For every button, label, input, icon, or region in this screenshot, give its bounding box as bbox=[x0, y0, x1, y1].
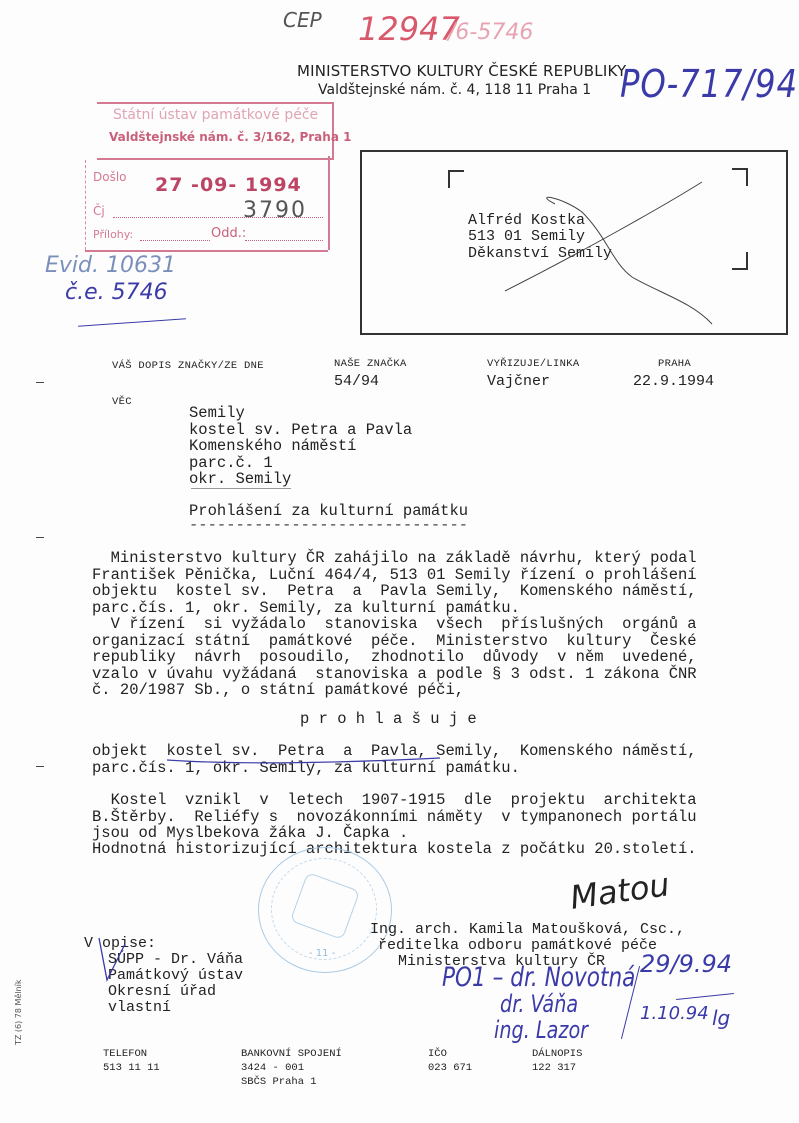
subject-title-underline: ------------------------------ bbox=[189, 516, 468, 534]
phone-value: 513 11 11 bbox=[103, 1062, 160, 1074]
ministry-address: Valdštejnské nám. č. 4, 118 11 Praha 1 bbox=[318, 82, 591, 98]
signature: Matou bbox=[568, 865, 672, 916]
stamp-received-date: 27 -09- 1994 bbox=[155, 174, 302, 196]
handwritten-registry-number: 12947 bbox=[358, 10, 460, 48]
place-label: PRAHA bbox=[658, 358, 691, 370]
body-line: V řízení si vyžádalo stanoviska všech př… bbox=[92, 615, 697, 633]
handwritten-registry-suffix: /6-5746 bbox=[448, 20, 533, 45]
stamp-number-value: 3790 bbox=[243, 198, 307, 223]
handwritten-checkmark bbox=[95, 936, 135, 986]
body-line: republiky návrh posoudilo, zhodnotilo dů… bbox=[92, 648, 697, 666]
stamp-dept-label: Odd.: bbox=[211, 226, 246, 241]
subject-line: Komenského náměstí bbox=[189, 437, 356, 455]
handwritten-mark-cep: CEP bbox=[283, 8, 322, 32]
our-ref-label: NAŠE ZNAČKA bbox=[334, 358, 407, 370]
subject-underline bbox=[191, 488, 291, 489]
handwritten-initials: lg bbox=[712, 1006, 730, 1030]
recipient-address-window: Alfréd Kostka 513 01 Semily Děkanství Se… bbox=[360, 150, 788, 335]
registry-stamp: Státní ústav památkové péče Valdštejnské… bbox=[85, 102, 330, 252]
stamp-number-label: Čj bbox=[93, 204, 105, 218]
handwritten-date-note2: 1.10.94 bbox=[640, 1003, 709, 1024]
handled-by-label: VYŘIZUJE/LINKA bbox=[487, 358, 579, 370]
signatory-position: ředitelka odboru památkové péče bbox=[378, 937, 657, 954]
stamp-institution: Státní ústav památkové péče bbox=[113, 107, 318, 123]
subject-line: okr. Semily bbox=[189, 470, 291, 488]
declaration: p r o h l a š u j e bbox=[300, 710, 477, 728]
handwritten-routing-line2: dr. Váňa bbox=[500, 990, 578, 1018]
subject-line: Semily bbox=[189, 404, 245, 422]
seal-number: - 11 - bbox=[309, 948, 335, 959]
handwritten-routing-line1: PO1 – dr. Novotná bbox=[442, 962, 635, 993]
body-line: Kostel vznikl v letech 1907-1915 dle pro… bbox=[92, 791, 697, 809]
your-letter-label: VÁŠ DOPIS ZNAČKY/ZE DNE bbox=[112, 360, 264, 372]
stamp-received-label: Došlo bbox=[93, 170, 127, 184]
margin-tick bbox=[36, 766, 44, 767]
handwritten-date-note1: 29/9.94 bbox=[640, 950, 732, 978]
letter-date: 22.9.1994 bbox=[633, 373, 714, 390]
handwritten-underline-church bbox=[165, 752, 445, 766]
official-seal: - 11 - bbox=[258, 847, 392, 973]
ministry-name: MINISTERSTVO KULTURY ČESKÉ REPUBLIKY bbox=[297, 62, 626, 80]
subject-label: VĚC bbox=[112, 396, 132, 408]
cross-out-mark bbox=[362, 152, 790, 337]
print-code: TZ (6) 78 Mělník bbox=[14, 980, 23, 1045]
ico-value: 023 671 bbox=[428, 1062, 472, 1074]
bank-value-account: 3424 - 001 bbox=[241, 1062, 304, 1074]
signatory-name: Ing. arch. Kamila Matoušková, Csc., bbox=[370, 921, 685, 938]
copy-recipient: vlastní bbox=[108, 999, 171, 1016]
body-line: Ministerstvo kultury ČR zahájilo na zákl… bbox=[92, 549, 697, 567]
margin-tick bbox=[36, 537, 44, 538]
handwritten-file-ref: PO-717/94 bbox=[620, 62, 798, 106]
ico-label: IČO bbox=[428, 1048, 447, 1060]
our-ref-value: 54/94 bbox=[334, 373, 379, 390]
telex-value: 122 317 bbox=[532, 1062, 576, 1074]
telex-label: DÁLNOPIS bbox=[532, 1048, 582, 1060]
body-line: Hodnotná historizující architektura kost… bbox=[92, 840, 697, 858]
bank-label: BANKOVNÍ SPOJENÍ bbox=[241, 1048, 342, 1060]
handwritten-underline bbox=[78, 318, 186, 327]
phone-label: TELEFON bbox=[103, 1048, 147, 1060]
body-line: objektu kostel sv. Petra a Pavla Semily,… bbox=[92, 582, 697, 600]
bank-value-name: SBČS Praha 1 bbox=[241, 1076, 317, 1088]
margin-tick bbox=[36, 382, 44, 383]
handled-by-value: Vajčner bbox=[487, 373, 550, 390]
handwritten-routing-line3: ing. Lazor bbox=[494, 1016, 588, 1044]
stamp-attachments-label: Přílohy: bbox=[93, 228, 133, 241]
stamp-address: Valdštejnské nám. č. 3/162, Praha 1 bbox=[109, 130, 351, 144]
body-line: č. 20/1987 Sb., o státní památkové péči, bbox=[92, 681, 464, 699]
handwritten-evidence-number: Evid. 10631 bbox=[45, 253, 176, 278]
handwritten-reference-number: č.e. 5746 bbox=[65, 280, 168, 305]
